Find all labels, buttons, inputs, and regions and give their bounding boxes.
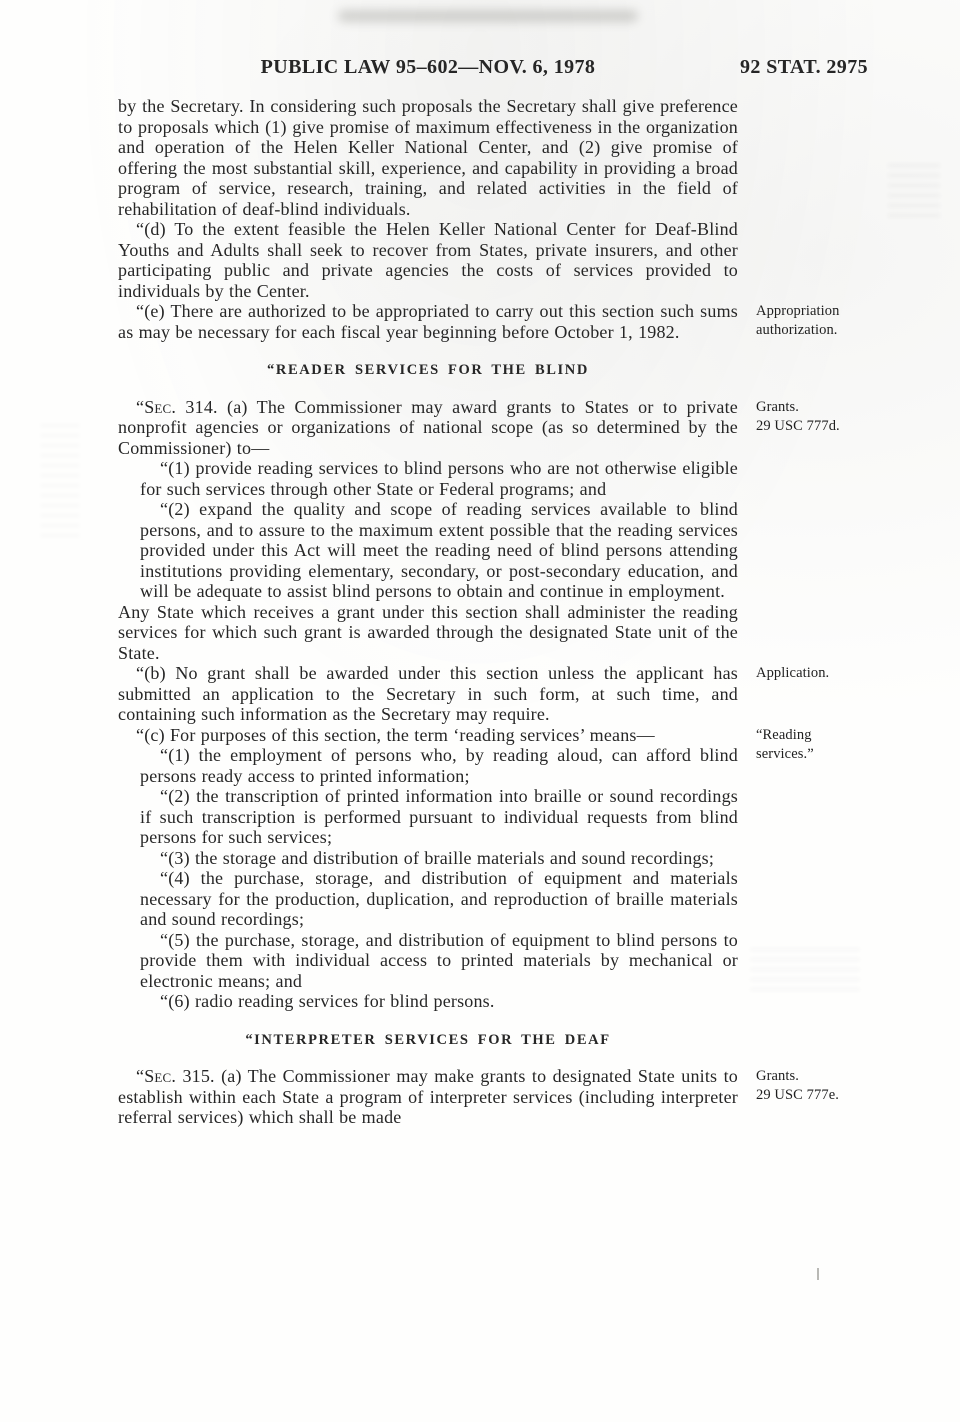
margin-note: Grants. 29 USC 777d.: [756, 398, 881, 436]
margin-note: “Reading services.”: [756, 726, 881, 764]
bleed-through-artifact: [40, 424, 80, 544]
bleed-through-artifact: [750, 948, 860, 992]
page-header-stat-ref: 92 STAT. 2975: [740, 56, 868, 79]
page-header-law-title: PUBLIC LAW 95–602—NOV. 6, 1978: [118, 56, 738, 79]
paragraph: “(4) the purchase, storage, and distribu…: [140, 868, 738, 930]
paragraph: “(2) expand the quality and scope of rea…: [140, 499, 738, 602]
document-page: PUBLIC LAW 95–602—NOV. 6, 1978 92 STAT. …: [0, 0, 960, 1422]
paragraph: “(b) No grant shall be awarded under thi…: [118, 663, 738, 725]
paragraph: “(1) the employment of persons who, by r…: [140, 745, 738, 786]
scan-smudge-artifact: [338, 10, 638, 22]
paragraph: “(e) There are authorized to be appropri…: [118, 301, 738, 342]
paragraph: “(3) the storage and distribution of bra…: [140, 848, 738, 869]
section-heading: “INTERPRETER SERVICES FOR THE DEAF: [118, 1030, 738, 1051]
paragraph: “(2) the transcription of printed inform…: [140, 786, 738, 848]
paragraph: “Sec. 315. (a) The Commissioner may make…: [118, 1066, 738, 1128]
paragraph: Any State which receives a grant under t…: [118, 602, 738, 664]
scan-tick-artifact: [817, 1268, 819, 1280]
section-number: “Sec. 315.: [136, 1066, 215, 1086]
paragraph: “(d) To the extent feasible the Helen Ke…: [118, 219, 738, 301]
paragraph: “Sec. 314. (a) The Commissioner may awar…: [118, 397, 738, 459]
paragraph: “(5) the purchase, storage, and distribu…: [140, 930, 738, 992]
paragraph: by the Secretary. In considering such pr…: [118, 96, 738, 219]
text-column: by the Secretary. In considering such pr…: [118, 96, 738, 1128]
paragraph: “(1) provide reading services to blind p…: [140, 458, 738, 499]
margin-note: Application.: [756, 664, 881, 683]
section-heading: “READER SERVICES FOR THE BLIND: [118, 360, 738, 381]
margin-note: Grants. 29 USC 777e.: [756, 1067, 881, 1105]
paragraph: “(6) radio reading services for blind pe…: [140, 991, 738, 1012]
margin-note: Appropriation authorization.: [756, 302, 881, 340]
paragraph: “(c) For purposes of this section, the t…: [118, 725, 738, 746]
bleed-through-artifact: [888, 164, 940, 222]
section-number: “Sec. 314.: [136, 397, 218, 417]
